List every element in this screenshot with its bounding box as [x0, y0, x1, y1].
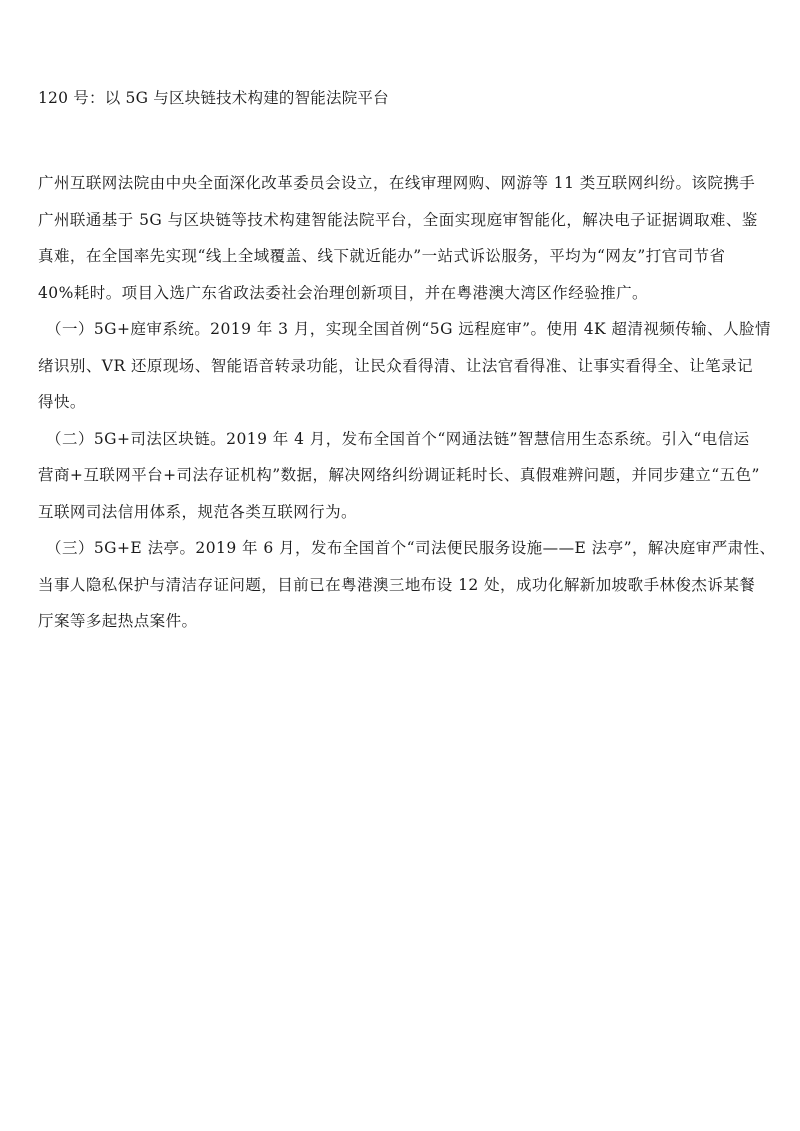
text-line: 40%耗时。项目入选广东省政法委社会治理创新项目，并在粤港澳大湾区作经验推广。 — [38, 275, 764, 312]
section-3-paragraph: （三）5G+E 法亭。2019 年 6 月，发布全国首个“司法便民服务设施——E… — [38, 530, 764, 640]
text-line: 厅案等多起热点案件。 — [38, 603, 764, 640]
section-1-paragraph: （一）5G+庭审系统。2019 年 3 月，实现全国首例“5G 远程庭审”。使用… — [38, 311, 764, 421]
document-title: 120 号：以 5G 与区块链技术构建的智能法院平台 — [38, 87, 389, 109]
text-line: 绪识别、VR 还原现场、智能语音转录功能，让民众看得清、让法官看得准、让事实看得… — [38, 348, 764, 385]
document-page: 120 号：以 5G 与区块链技术构建的智能法院平台 广州互联网法院由中央全面深… — [0, 0, 800, 1131]
text-line: 真难，在全国率先实现“线上全域覆盖、线下就近能办”一站式诉讼服务，平均为“网友”… — [38, 238, 764, 275]
text-line: 当事人隐私保护与清洁存证问题，目前已在粤港澳三地布设 12 处，成功化解新加坡歌… — [38, 567, 764, 604]
text-line: 互联网司法信用体系，规范各类互联网行为。 — [38, 494, 764, 531]
text-line: 广州联通基于 5G 与区块链等技术构建智能法院平台，全面实现庭审智能化，解决电子… — [38, 202, 764, 239]
text-line: （三）5G+E 法亭。2019 年 6 月，发布全国首个“司法便民服务设施——E… — [38, 530, 764, 567]
text-line: 得快。 — [38, 384, 764, 421]
text-line: 营商+互联网平台+司法存证机构”数据，解决网络纠纷调证耗时长、真假难辨问题，并同… — [38, 457, 764, 494]
document-body: 广州互联网法院由中央全面深化改革委员会设立，在线审理网购、网游等 11 类互联网… — [38, 165, 764, 640]
section-2-paragraph: （二）5G+司法区块链。2019 年 4 月，发布全国首个“网通法链”智慧信用生… — [38, 421, 764, 531]
text-line: （二）5G+司法区块链。2019 年 4 月，发布全国首个“网通法链”智慧信用生… — [38, 421, 764, 458]
text-line: （一）5G+庭审系统。2019 年 3 月，实现全国首例“5G 远程庭审”。使用… — [38, 311, 764, 348]
intro-paragraph: 广州互联网法院由中央全面深化改革委员会设立，在线审理网购、网游等 11 类互联网… — [38, 165, 764, 311]
text-line: 广州互联网法院由中央全面深化改革委员会设立，在线审理网购、网游等 11 类互联网… — [38, 165, 764, 202]
